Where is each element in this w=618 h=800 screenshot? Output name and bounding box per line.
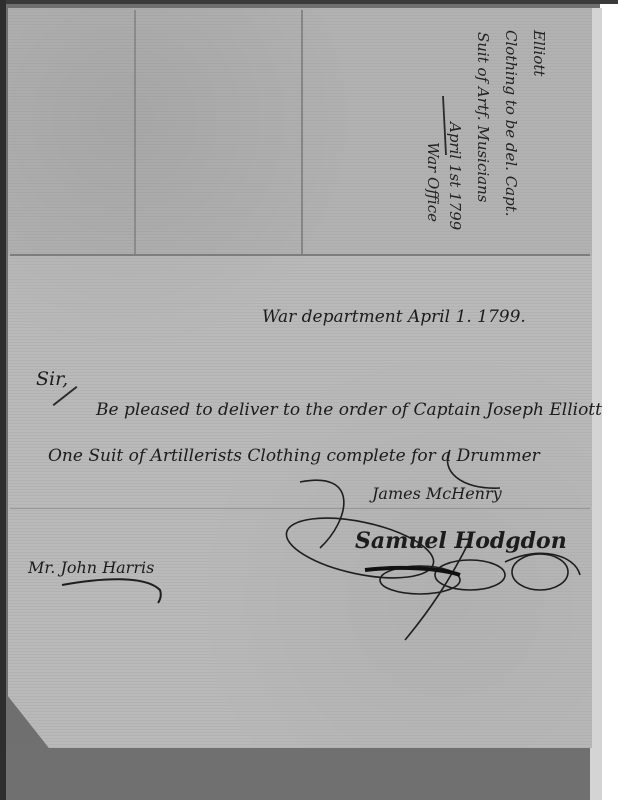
letter-addressee: Mr. John Harris [28, 558, 154, 577]
scanner-top-edge [0, 0, 618, 4]
fold-line-vertical-right [301, 10, 303, 254]
docket-line: Elliott [530, 30, 548, 76]
letter-salutation: Sir, [36, 368, 68, 390]
docket-line: Clothing to be del. Capt. [502, 30, 520, 217]
docket-note: War Office April 1st 1799 Suit of Artf. … [420, 22, 570, 262]
scanner-left-edge [0, 0, 6, 800]
docket-line: Suit of Artf. Musicians [474, 32, 492, 202]
letter-dateline: War department April 1. 1799. [262, 307, 526, 327]
signature-hodgdon: Samuel Hodgdon [355, 528, 567, 554]
signature-mchenry: James McHenry [372, 484, 502, 503]
fold-line-vertical-left [134, 10, 136, 254]
docket-line: April 1st 1799 [446, 122, 464, 230]
docket-line: War Office [424, 142, 442, 222]
letter-body-line: One Suit of Artillerists Clothing comple… [48, 446, 540, 466]
letter-body-line: Be pleased to deliver to the order of Ca… [96, 400, 602, 420]
scanner-bottom-shade [6, 745, 596, 800]
fold-line-horizontal-lower [10, 508, 590, 509]
